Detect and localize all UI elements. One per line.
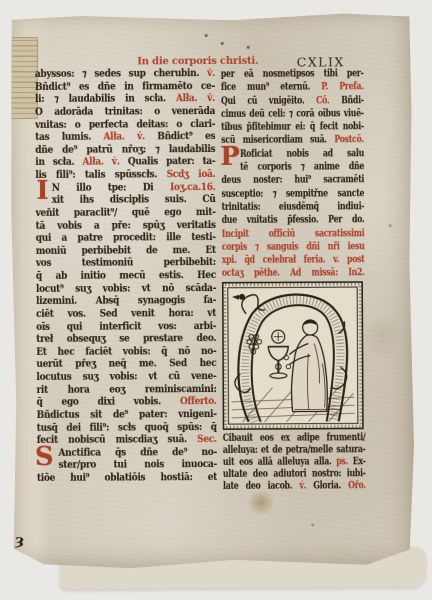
rubric-text: Scdʒ ioā. bbox=[167, 169, 216, 180]
text-line: locutus suʒ vobis: vt cū vene- bbox=[36, 371, 216, 385]
text-line: treł obsequʒ se prestare deo. bbox=[36, 333, 216, 347]
body-text: veňit paraclit⁹/ quē ego mit- bbox=[36, 207, 216, 219]
body-text: susceptio: ⁊ sempitřne sancte bbox=[221, 188, 364, 200]
body-text: tē corporis ⁊ anime dñe bbox=[240, 161, 364, 173]
text-line: per eā nosmetipsos tibi per- bbox=[221, 67, 364, 81]
body-text: Bñdictus sit de⁹ pater: vnigeni- bbox=[37, 409, 217, 421]
text-line: Et hec faciēt vobis: q̄ nō no- bbox=[36, 346, 216, 360]
text-line: vos testimoniū perbibebit: bbox=[36, 257, 216, 271]
text-line: oīs qui interficit vos: arbi- bbox=[36, 320, 216, 334]
rubric-text: Postcō. bbox=[334, 135, 364, 146]
text-line: fecit nobiscū miscdiaʒ suā. Sec. bbox=[37, 434, 217, 448]
text-line: Cibauit eos ex adipe frumenti/ bbox=[223, 432, 366, 445]
body-text: li: ⁊ laudabilis in scła. bbox=[35, 93, 176, 105]
body-text: deus noster: hui⁹ sacramēti bbox=[221, 175, 364, 187]
initial-S-secret: S bbox=[35, 445, 54, 469]
text-line: ciēt vos. Sed venit hora: vt bbox=[36, 308, 216, 322]
text-line: N illo tpe: Di Ioʒ.ca.16. bbox=[35, 182, 215, 196]
body-text: treł obsequʒ se prestare deo. bbox=[36, 333, 216, 345]
text-line: in scła. Alła. v́. Qualis pater: ta- bbox=[35, 156, 215, 170]
text-line: vnitas: o perfecta deitas: o clari- bbox=[35, 118, 215, 132]
rubric-text: Alła. v́. bbox=[82, 157, 127, 168]
body-text: rit hora eoʒ reminiscamini: bbox=[36, 384, 216, 396]
body-text: ster/pro tui nois inuoca- bbox=[58, 459, 216, 471]
body-text: q̄ ego dixi vobis. bbox=[37, 396, 180, 408]
text-column-left: abyssos: ⁊ sedes sup cherubin. v́.Bñdict… bbox=[35, 68, 217, 486]
body-text: fecit nobiscū miscdiaʒ suā. bbox=[37, 434, 197, 446]
text-line: ster/pro tui nois inuoca- bbox=[37, 459, 217, 473]
signature-mark: ȝ bbox=[14, 530, 25, 549]
rubric-text: Incipit officiū sacratissimi bbox=[222, 228, 365, 240]
body-text: Ex- bbox=[353, 456, 366, 467]
text-line: tusq̄ dei fili⁹: scłs quoq̄ spūs: q̄ bbox=[37, 421, 217, 435]
text-line: susceptio: ⁊ sempitřne sancte bbox=[221, 187, 364, 201]
text-line: Bñdictus sit de⁹ pater: vnigeni- bbox=[37, 409, 217, 423]
text-column-right-bottom: Cibauit eos ex adipe frumenti/alleluya: … bbox=[223, 432, 366, 492]
manuscript-page: In die corporis christi. CXLIX abyssos: … bbox=[9, 11, 416, 571]
body-text: N illo tpe: Di bbox=[52, 182, 170, 194]
paper-speck bbox=[205, 34, 208, 37]
body-text: O adorāda trinitas: o venerāda bbox=[35, 106, 215, 118]
text-line: octaʒ pēthe. Ad missā: In2. bbox=[222, 267, 365, 281]
ink-stain bbox=[247, 490, 275, 516]
text-line: alleluya: et de petra/melle satura- bbox=[223, 444, 366, 457]
text-line: lis fili⁹: talis spūsscłs. Scdʒ ioā. bbox=[35, 169, 215, 183]
body-text: Bñdi- bbox=[341, 95, 364, 106]
rubric-text: xpi. q̄d celebrał feria. v. post bbox=[222, 254, 365, 266]
initial-I-gospel: I bbox=[36, 179, 48, 203]
body-text: oīs qui interficit vos: arbi- bbox=[36, 320, 216, 332]
rubric-text: Alła. v́. bbox=[176, 93, 215, 104]
text-line: ultate deo adiutori nostro: iubi- bbox=[223, 468, 366, 481]
text-line: tibus p̃fitebimur ei: q̄ fecit nobi- bbox=[221, 120, 364, 134]
body-text: xit ihs discipłis suis. Cū bbox=[52, 194, 216, 206]
text-line: moniū perbibebit de me. Et bbox=[36, 245, 216, 259]
text-line: q̄ ab initio mecū estis. Hec bbox=[36, 270, 216, 284]
body-text: uit eos allā alleluya alla. bbox=[223, 456, 336, 468]
text-line: O adorāda trinitas: o venerāda bbox=[35, 106, 215, 120]
initial-P-postcommunion: P bbox=[220, 145, 240, 169]
body-text: Cibauit eos ex adipe frumenti/ bbox=[223, 432, 366, 444]
body-text: fice mun⁹ eternū. bbox=[221, 82, 321, 94]
text-line: tē corporis ⁊ anime dñe bbox=[221, 160, 364, 174]
text-line: qui a patre procedit: ille testi- bbox=[36, 232, 216, 246]
text-line: veňit paraclit⁹/ quē ego mit- bbox=[36, 207, 216, 221]
body-text: tibus p̃fitebimur ei: q̄ fecit nobi- bbox=[221, 121, 364, 133]
paper-speck bbox=[389, 224, 392, 227]
body-text: per eā nosmetipsos tibi per- bbox=[221, 68, 364, 80]
text-line: deus noster: hui⁹ sacramēti bbox=[221, 174, 364, 188]
body-text: locut⁹ suʒ vobis: vt nō scāda- bbox=[36, 283, 216, 295]
rubric-text: Ořo. bbox=[348, 480, 366, 491]
rubric-text: octaʒ pēthe. Ad missā: In2. bbox=[222, 268, 365, 280]
body-text: tas lumis. bbox=[35, 132, 103, 143]
text-line: q̄ ego dixi vobis. Offerto. bbox=[37, 396, 217, 410]
text-line: locut⁹ suʒ vobis: vt nō scāda- bbox=[36, 283, 216, 297]
text-line: corpis ⁊ sanguis dñi nři iesu bbox=[222, 240, 365, 254]
body-text: lizemini. Absq̄ synagogis fa- bbox=[36, 295, 216, 307]
body-text: q̄ ab initio mecū estis. Hec bbox=[36, 270, 216, 282]
text-column-right-top: per eā nosmetipsos tibi per-fice mun⁹ et… bbox=[221, 67, 365, 280]
text-line: xit ihs discipłis suis. Cū bbox=[35, 194, 215, 208]
text-line: fice mun⁹ eternū. P. Prefa. bbox=[221, 81, 364, 95]
text-line: cimus deū celi: ⁊ corā oībus viuē- bbox=[221, 107, 364, 121]
text-line: tā vobis a pře: spūʒ veritatis bbox=[36, 219, 216, 233]
rubric-text: Alła. v́. bbox=[103, 131, 157, 142]
text-line: uerūt přeʒ neq̄ me. Sed hec bbox=[36, 358, 216, 372]
body-text: Bñdict⁹ es dñe in firmamēto ce- bbox=[35, 81, 215, 93]
text-line: dñe de⁹ patrū nřoʒ: ⁊ laudabilis bbox=[35, 144, 215, 158]
rubric-text: Offerto. bbox=[180, 396, 217, 407]
body-text: uerūt přeʒ neq̄ me. Sed hec bbox=[36, 358, 216, 370]
body-text: ciēt vos. Sed venit hora: vt bbox=[36, 308, 216, 320]
body-text: vos testimoniū perbibebit: bbox=[36, 257, 216, 269]
text-line: Qui cū vnigēito. Cō. Bñdi- bbox=[221, 94, 364, 108]
text-line: Bñdict⁹ es dñe in firmamēto ce- bbox=[35, 81, 215, 95]
text-line: lizemini. Absq̄ synagogis fa- bbox=[36, 295, 216, 309]
body-text: Qualis pater: ta- bbox=[128, 156, 216, 167]
rubric-text: corpis ⁊ sanguis dñi nři iesu bbox=[222, 241, 365, 253]
body-text: Qui cū vnigēito. bbox=[221, 95, 316, 106]
text-line: tas lumis. Alła. v́. Bñdict⁹ es bbox=[35, 131, 215, 145]
text-line: Anctifica q̄s dñe de⁹ no- bbox=[37, 447, 217, 461]
text-line: trinitatis: eiusdēmq̄ indiui- bbox=[222, 200, 365, 214]
text-line: late deo iacob. v́. Gloria. Ořo. bbox=[223, 480, 366, 493]
body-text: moniū perbibebit de me. Et bbox=[36, 245, 216, 257]
rubric-text: ps. bbox=[336, 456, 353, 467]
text-line: uit eos allā alleluya alla. ps. Ex- bbox=[223, 456, 366, 469]
body-text: trinitatis: eiusdēmq̄ indiui- bbox=[222, 201, 365, 213]
body-text: alleluya: et de petra/melle satura- bbox=[223, 444, 366, 456]
paper-speck bbox=[247, 46, 250, 49]
body-text: locutus suʒ vobis: vt cū vene- bbox=[36, 371, 216, 383]
text-line: li: ⁊ laudabilis in scła. Alła. v́. bbox=[35, 93, 215, 107]
body-text: tā vobis a pře: spūʒ veritatis bbox=[36, 219, 216, 231]
paper-speck bbox=[311, 523, 314, 526]
text-line: Incipit officiū sacratissimi bbox=[222, 227, 365, 241]
paper-speck bbox=[221, 42, 224, 45]
rubric-text: Cō. bbox=[316, 95, 341, 106]
body-text: Gloria. bbox=[313, 480, 348, 491]
photograph-background: In die corporis christi. CXLIX abyssos: … bbox=[0, 0, 432, 600]
rubric-text: Ioʒ.ca.16. bbox=[170, 182, 215, 193]
rubric-text: Sec. bbox=[197, 434, 217, 445]
text-line: rit hora eoʒ reminiscamini: bbox=[36, 384, 216, 398]
text-line: Roficiat nobis ad salu bbox=[221, 147, 364, 161]
body-text: ultate deo adiutori nostro: iubi- bbox=[223, 468, 366, 480]
woodcut-initial-C-priest-with-chalice-icon bbox=[222, 281, 364, 430]
body-text: tiōe hui⁹ oblatiōis hostiā: et bbox=[37, 472, 217, 484]
body-text: qui a patre procedit: ille testi- bbox=[36, 232, 216, 244]
body-text: Roficiat nobis ad salu bbox=[240, 148, 364, 160]
body-text: cimus deū celi: ⁊ corā oībus viuē- bbox=[221, 108, 364, 120]
body-text: due vnitatis p̃fessio. Per do. bbox=[222, 214, 365, 226]
body-text: lis fili⁹: talis spūsscłs. bbox=[35, 169, 166, 181]
body-text: dñe de⁹ patrū nřoʒ: ⁊ laudabilis bbox=[35, 144, 215, 156]
body-text: Et hec faciēt vobis: q̄ nō no- bbox=[36, 346, 216, 358]
body-text: Bñdict⁹ es bbox=[157, 131, 215, 142]
text-line: scū misericordiam suā. Postcō. bbox=[221, 134, 364, 148]
body-text: tusq̄ dei fili⁹: scłs quoq̄ spūs: q̄ bbox=[37, 421, 217, 433]
paper-stain bbox=[362, 311, 402, 361]
text-line: abyssos: ⁊ sedes sup cherubin. v́. bbox=[35, 68, 215, 82]
rubric-text: v́. bbox=[299, 480, 313, 491]
rubric-text: P. Prefa. bbox=[321, 81, 363, 92]
body-text: abyssos: ⁊ sedes sup cherubin. bbox=[35, 68, 207, 80]
body-text: Anctifica q̄s dñe de⁹ no- bbox=[58, 447, 216, 459]
body-text: in scła. bbox=[35, 157, 82, 168]
rubric-text: v́. bbox=[207, 68, 215, 79]
text-line: tiōe hui⁹ oblatiōis hostiā: et bbox=[37, 472, 217, 486]
body-text: vnitas: o perfecta deitas: o clari- bbox=[35, 118, 215, 130]
text-line: due vnitatis p̃fessio. Per do. bbox=[222, 213, 365, 227]
text-line: xpi. q̄d celebrał feria. v. post bbox=[222, 253, 365, 267]
